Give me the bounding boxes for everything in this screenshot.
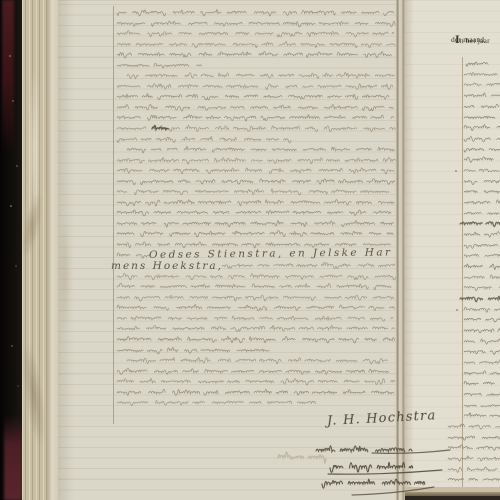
book-scan: In het jaar der maand Oedses Stienstra, … <box>0 0 500 500</box>
printed-form-line2: der maand <box>451 33 484 46</box>
left-page-stain <box>60 215 70 335</box>
spine-speckles <box>9 55 11 57</box>
left-page-margin-line <box>113 6 114 424</box>
bride-name-fragment: mens Hoekstra, <box>111 260 223 272</box>
table-surface-below-page <box>405 496 500 500</box>
right-page-margin-line <box>462 57 463 487</box>
cover-maroon-bottom <box>4 415 23 500</box>
cover-maroon-top <box>2 0 14 155</box>
printed-form-header: In het jaar der maand <box>450 33 500 61</box>
right-page <box>405 0 500 500</box>
groom-name-fragment: Oedses Stienstra, en Jelske Har <box>149 246 393 261</box>
front-page-edge <box>47 0 58 500</box>
page-edge-highlight <box>28 60 40 240</box>
